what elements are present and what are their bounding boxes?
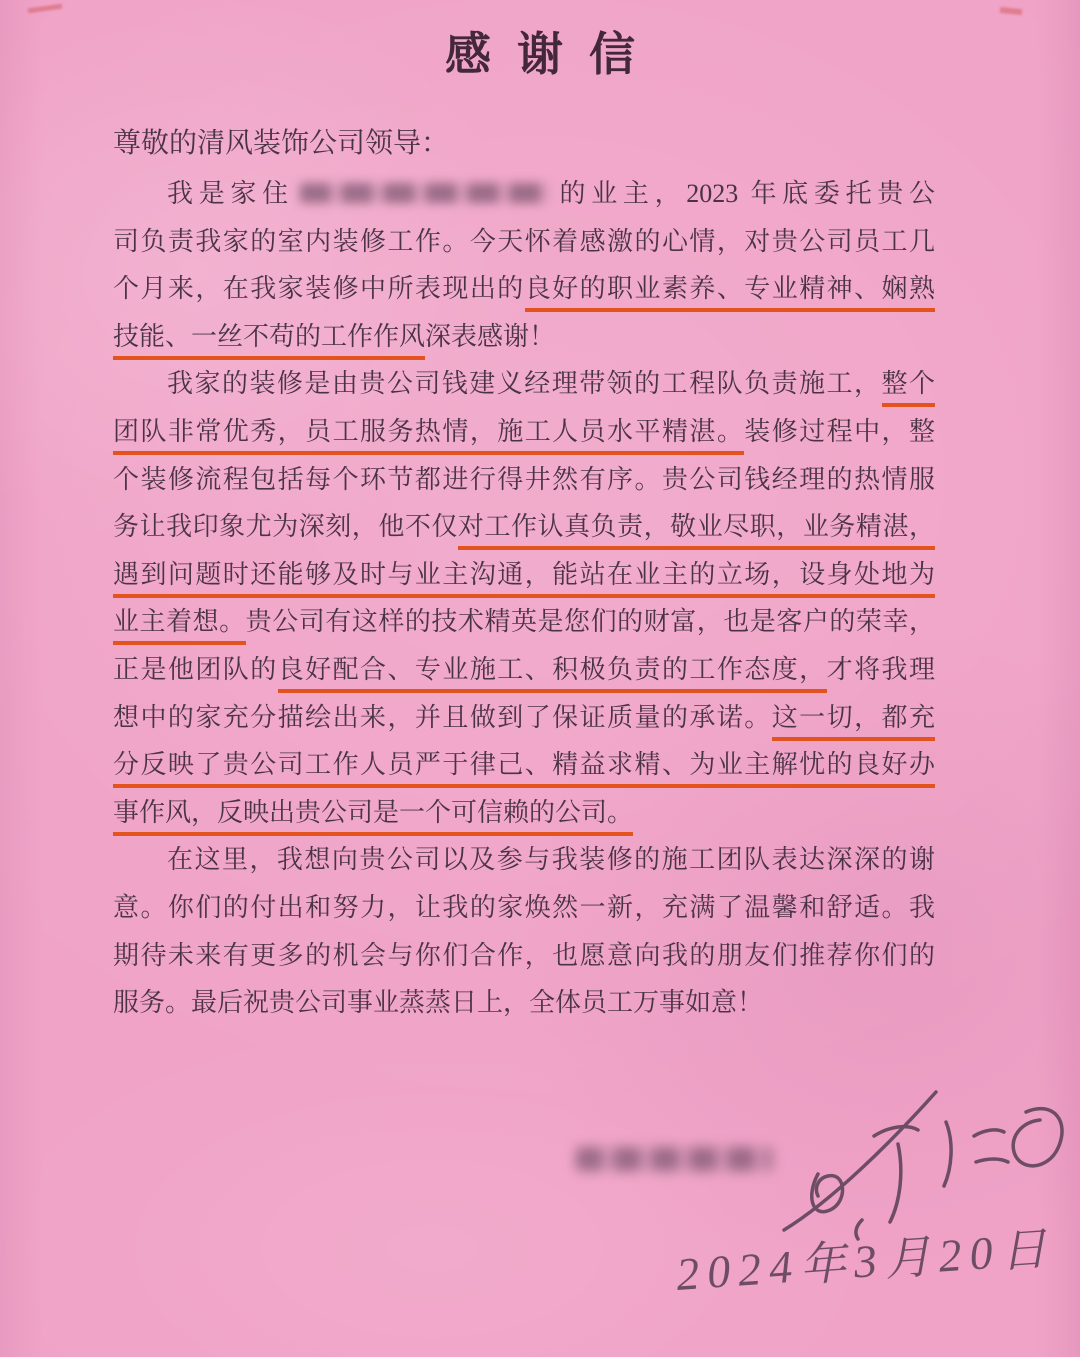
scan-artifact: [1000, 7, 1023, 15]
underlined-text: 良好配合、专业施工、积极负责的工作态度，: [278, 655, 827, 693]
letter-line: 服务。最后祝贵公司事业蒸蒸日上，全体员工万事如意！: [113, 979, 935, 1027]
letter-text: 务让我印象尤为深刻，他不仅: [113, 512, 458, 541]
letter-line: 司负责我家的室内装修工作。今天怀着感激的心情，对贵公司员工几: [113, 218, 935, 266]
letter-paragraphs: 我是家住的业主，2023 年底委托贵公司负责我家的室内装修工作。今天怀着感激的心…: [113, 170, 935, 1027]
letter-line: 事作风，反映出贵公司是一个可信赖的公司。: [113, 789, 935, 837]
letter-line: 我家的装修是由贵公司钱建义经理带领的工程队负责施工，整个: [113, 360, 935, 408]
letter-line: 个装修流程包括每个环节都进行得井然有序。贵公司钱经理的热情服: [113, 456, 935, 504]
letter-line: 务让我印象尤为深刻，他不仅对工作认真负责，敬业尽职，业务精湛，: [113, 503, 935, 551]
handwritten-date: 2024年3月20日: [674, 1213, 1038, 1304]
underlined-text: 一丝不苟的工作作风: [191, 322, 425, 360]
letter-text: 个月来，在我家装修中所表现出的: [113, 274, 525, 303]
letter-page: 感谢信 尊敬的清风装饰公司领导： 我是家住的业主，2023 年底委托贵公司负责我…: [0, 0, 1080, 1357]
underlined-text: 这一切，都充: [772, 703, 935, 741]
letter-text: 的业主，2023 年底委托贵公: [554, 179, 935, 208]
letter-line: 意。你们的付出和努力，让我的家焕然一新，充满了温馨和舒适。我: [113, 884, 935, 932]
underlined-text: 分反映了贵公司工作人员严于律己、精益求精、为业主解忧的良好办: [113, 750, 935, 788]
letter-text: 个装修流程包括每个环节都进行得井然有序。贵公司钱经理的热情服: [113, 465, 935, 494]
letter-text: 深表感谢！: [425, 322, 555, 351]
letter-line: 想中的家充分描绘出来，并且做到了保证质量的承诺。这一切，都充: [113, 694, 935, 742]
letter-line: 期待未来有更多的机会与你们合作，也愿意向我的朋友们推荐你们的: [113, 932, 935, 980]
underlined-text: 对工作认真负责，敬业尽职，业务精湛，: [458, 512, 935, 550]
letter-line: 正是他团队的良好配合、专业施工、积极负责的工作态度，才将我理: [113, 646, 935, 694]
letter-text: 正是他团队的: [113, 655, 278, 684]
letter-text: 我是家住: [167, 179, 294, 208]
letter-text: 贵公司有这样的技术精英是您们的财富，也是客户的荣幸，: [246, 607, 935, 636]
redacted-signature-info: [576, 1147, 772, 1171]
letter-line: 技能、一丝不苟的工作作风深表感谢！: [113, 313, 935, 361]
letter-line: 遇到问题时还能够及时与业主沟通，能站在业主的立场，设身处地为: [113, 551, 935, 599]
underlined-text: 业主着想。: [113, 607, 246, 645]
letter-text: 司负责我家的室内装修工作。今天怀着感激的心情，对贵公司员工几: [113, 227, 935, 256]
letter-text: 想中的家充分描绘出来，并且做到了保证质量的承诺。: [113, 703, 772, 732]
letter-line: 团队非常优秀，员工服务热情，施工人员水平精湛。装修过程中，整: [113, 408, 935, 456]
underlined-text: 团队非常优秀，员工服务热情，施工人员水平精湛。: [113, 417, 744, 455]
letter-title: 感谢信: [0, 18, 1080, 84]
letter-line: 我是家住的业主，2023 年底委托贵公: [113, 170, 935, 218]
letter-line: 业主着想。贵公司有这样的技术精英是您们的财富，也是客户的荣幸，: [113, 598, 935, 646]
letter-text: 在这里，我想向贵公司以及参与我装修的施工团队表达深深的谢: [167, 845, 935, 874]
letter-line: 分反映了贵公司工作人员严于律己、精益求精、为业主解忧的良好办: [113, 741, 935, 789]
letter-line: 在这里，我想向贵公司以及参与我装修的施工团队表达深深的谢: [113, 836, 935, 884]
underlined-text: 良好的职业素养、专业精神、娴熟: [525, 274, 935, 312]
letter-text: 才将我理: [827, 655, 935, 684]
underlined-text: 事作风，反映出贵公司是一个可信赖的公司。: [113, 798, 633, 836]
letter-text: 期待未来有更多的机会与你们合作，也愿意向我的朋友们推荐你们的: [113, 941, 935, 970]
redacted-address: [300, 183, 548, 203]
underlined-text: 技能、: [113, 322, 191, 360]
letter-text: 我家的装修是由贵公司钱建义经理带领的工程队负责施工，: [167, 369, 882, 398]
letter-text: 服务。最后祝贵公司事业蒸蒸日上，全体员工万事如意！: [113, 988, 763, 1017]
letter-text: 装修过程中，整: [744, 417, 935, 446]
letter-line: 个月来，在我家装修中所表现出的良好的职业素养、专业精神、娴熟: [113, 265, 935, 313]
scan-artifact: [28, 4, 62, 14]
underlined-text: 遇到问题时还能够及时与业主沟通，能站在业主的立场，设身处地为: [113, 560, 935, 598]
underlined-text: 整个: [882, 369, 935, 407]
letter-text: 意。你们的付出和努力，让我的家焕然一新，充满了温馨和舒适。我: [113, 893, 935, 922]
salutation: 尊敬的清风装饰公司领导：: [113, 118, 935, 170]
letter-body: 尊敬的清风装饰公司领导： 我是家住的业主，2023 年底委托贵公司负责我家的室内…: [113, 118, 935, 1027]
